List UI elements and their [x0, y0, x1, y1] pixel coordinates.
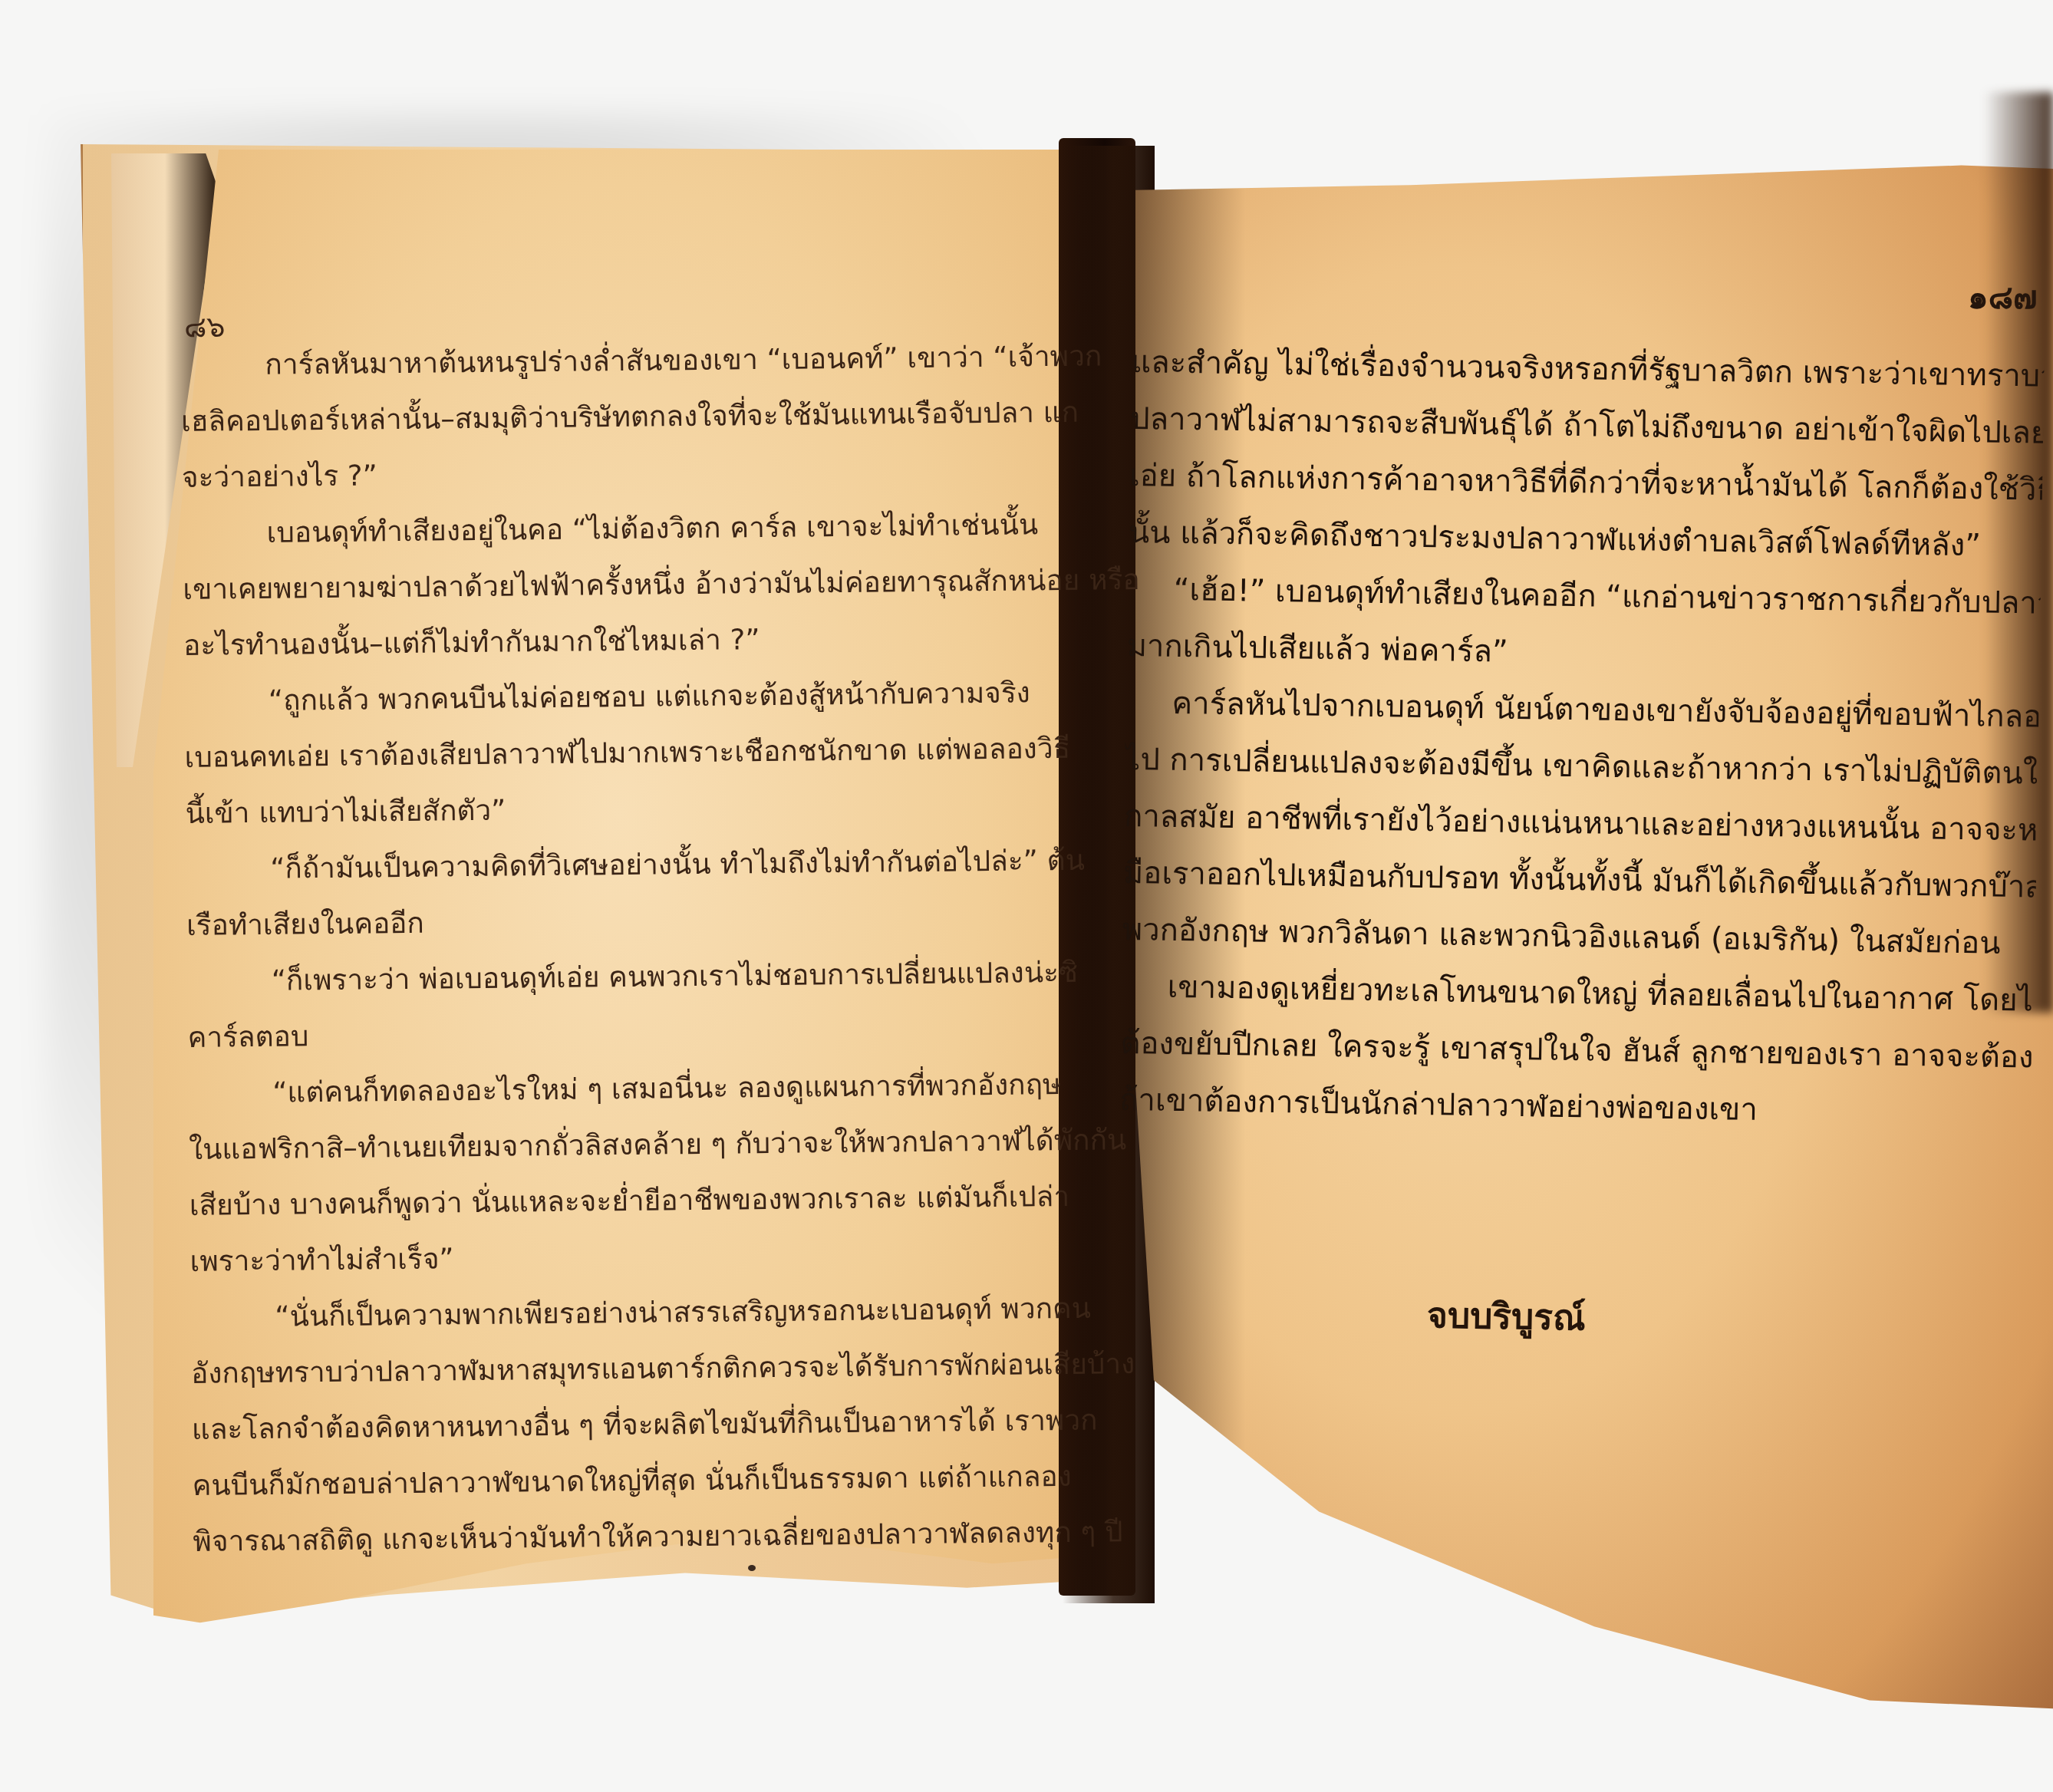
text-line: ในแอฟริกาสิ–ทำเนยเทียมจากถั่วลิสงคล้าย ๆ…	[189, 1112, 1064, 1178]
ink-speck	[748, 1565, 756, 1571]
text-line: นี้เข้า แทบว่าไม่เสียสักตัว”	[185, 776, 1060, 842]
text-line: เขาเคยพยายามฆ่าปลาด้วยไฟฟ้าครั้งหนึ่ง อ้…	[183, 552, 1058, 618]
left-page-text: การ์ลหันมาหาต้นหนรูปร่างล่ำสันของเขา “เบ…	[180, 328, 1068, 1570]
text-line: คนบีนก็มักชอบล่าปลาวาฬขนาดใหญ่ที่สุด นั่…	[192, 1448, 1067, 1514]
text-line: การ์ลหันมาหาต้นหนรูปร่างล่ำสันของเขา “เบ…	[180, 328, 1056, 394]
text-line: “นั่นก็เป็นความพากเพียรอย่างน่าสรรเสริญห…	[190, 1280, 1066, 1346]
text-line: “ก็เพราะว่า พ่อเบอนดุท์เอ่ย คนพวกเราไม่ช…	[186, 944, 1062, 1010]
text-line: “ก็ถ้ามันเป็นความคิดที่วิเศษอย่างนั้น ทำ…	[186, 832, 1061, 898]
right-page-text: และสำคัญ ไม่ใช่เรื่องจำนวนจริงหรอกที่รัฐ…	[1119, 334, 2045, 1143]
the-end-heading: จบบริบูรณ์	[1426, 1287, 1586, 1346]
text-line: เบอนดุท์ทำเสียงอยู่ในคอ “ไม่ต้องวิตก คาร…	[182, 496, 1057, 562]
text-line: จะว่าอย่างไร ?”	[182, 440, 1057, 506]
text-line: อะไรทำนองนั้น–แต่ก็ไม่ทำกันมากใช่ไหมเล่า…	[183, 608, 1059, 674]
text-line: “แต่คนก็ทดลองอะไรใหม่ ๆ เสมอนี่นะ ลองดูแ…	[188, 1056, 1063, 1122]
right-page-number: ๑๘๗	[1968, 272, 2038, 323]
text-line: อังกฤษทราบว่าปลาวาฬมหาสมุทรแอนตาร์กติกคว…	[191, 1336, 1066, 1402]
text-line: เพราะว่าทำไม่สำเร็จ”	[189, 1224, 1065, 1290]
text-line: และโลกจำต้องคิดหาหนทางอื่น ๆ ที่จะผลิตไข…	[192, 1392, 1067, 1458]
text-line: พิจารณาสถิติดู แกจะเห็นว่ามันทำให้ความยา…	[193, 1504, 1068, 1570]
text-line: เฮลิคอปเตอร์เหล่านั้น–สมมุติว่าบริษัทตกล…	[181, 384, 1056, 450]
text-line: เสียบ้าง บางคนก็พูดว่า นั่นแหละจะย่ำยีอา…	[189, 1168, 1064, 1234]
text-line: เบอนคทเอ่ย เราต้องเสียปลาวาฬไปมากเพราะเช…	[184, 720, 1059, 786]
text-line: คาร์ลตอบ	[187, 1000, 1063, 1066]
text-line: “ถูกแล้ว พวกคนบีนไม่ค่อยชอบ แต่แกจะต้องส…	[184, 664, 1059, 730]
text-line: เรือทำเสียงในคออีก	[186, 888, 1062, 954]
photo-scene: ๘๖ ๑๘๗ การ์ลหันมาหาต้นหนรูปร่างล่ำสันของ…	[0, 0, 2053, 1792]
